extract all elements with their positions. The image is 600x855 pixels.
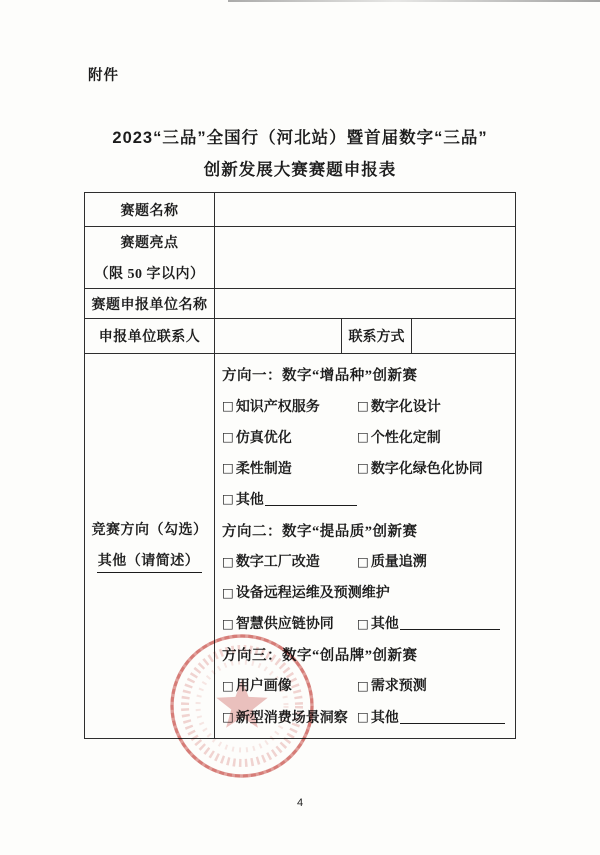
checkbox-icon[interactable]: □ xyxy=(222,585,234,600)
checkbox-option[interactable]: □个性化定制 xyxy=(357,427,441,447)
checkbox-option[interactable]: □数字工厂改造 xyxy=(222,551,357,571)
contact-method-input[interactable] xyxy=(411,319,515,353)
option-label: 知识产权服务 xyxy=(236,396,320,416)
checkbox-icon[interactable]: □ xyxy=(222,554,234,569)
checkbox-icon[interactable]: □ xyxy=(222,616,234,631)
row-directions: 竞赛方向（勾选） 其他（请简述） 方向一：数字“增品种”创新赛 □知识产权服务 … xyxy=(85,353,515,738)
checkbox-option[interactable]: □质量追溯 xyxy=(357,551,427,571)
checkbox-option-other[interactable]: □其他 xyxy=(222,489,357,509)
option-label: 数字工厂改造 xyxy=(236,551,320,571)
option-label: 设备远程运维及预测维护 xyxy=(236,582,390,602)
checkbox-option[interactable]: □数字化绿色化协同 xyxy=(357,458,483,478)
option-label: 其他 xyxy=(371,613,399,633)
contact-person-label: 申报单位联系人 xyxy=(85,319,214,353)
option-label: 用户画像 xyxy=(236,675,292,695)
direction-label: 竞赛方向（勾选） 其他（请简述） xyxy=(85,354,214,738)
application-form-table: 赛题名称 赛题亮点 （限 50 字以内） 赛题申报单位名称 申报单位联系人 联系… xyxy=(84,192,516,739)
checkbox-option[interactable]: □新型消费场景洞察 xyxy=(222,707,357,727)
option-label: 数字化绿色化协同 xyxy=(371,458,483,478)
checkbox-option[interactable]: □仿真优化 xyxy=(222,427,357,447)
row-highlights: 赛题亮点 （限 50 字以内） xyxy=(85,226,515,288)
direction-options-cell: 方向一：数字“增品种”创新赛 □知识产权服务 □数字化设计 □仿真优化 □个性化… xyxy=(214,354,515,738)
fill-in-blank[interactable] xyxy=(265,492,357,506)
checkbox-icon[interactable]: □ xyxy=(222,678,234,693)
checkbox-icon[interactable]: □ xyxy=(357,460,369,475)
option-row: □柔性制造 □数字化绿色化协同 xyxy=(222,452,509,483)
option-label: 其他 xyxy=(371,707,399,727)
option-row: □新型消费场景洞察 □其他 xyxy=(222,701,509,732)
option-label: 需求预测 xyxy=(371,675,427,695)
checkbox-option[interactable]: □知识产权服务 xyxy=(222,396,357,416)
document-title-line1: 2023“三品”全国行（河北站）暨首届数字“三品” xyxy=(0,124,600,148)
option-label: 新型消费场景洞察 xyxy=(236,707,348,727)
option-label: 数字化设计 xyxy=(371,396,441,416)
option-label: 智慧供应链协同 xyxy=(236,613,334,633)
checkbox-option[interactable]: □设备远程运维及预测维护 xyxy=(222,582,390,602)
option-label: 柔性制造 xyxy=(236,458,292,478)
checkbox-icon[interactable]: □ xyxy=(222,491,234,506)
checkbox-icon[interactable]: □ xyxy=(222,460,234,475)
direction-label-line1: 竞赛方向（勾选） xyxy=(92,519,208,539)
topic-name-input[interactable] xyxy=(214,193,515,226)
option-label: 其他 xyxy=(236,489,264,509)
direction-label-line2: 其他（请简述） xyxy=(97,550,203,573)
option-row: □知识产权服务 □数字化设计 xyxy=(222,390,509,421)
unit-name-input[interactable] xyxy=(214,289,515,318)
checkbox-icon[interactable]: □ xyxy=(357,554,369,569)
checkbox-option[interactable]: □柔性制造 xyxy=(222,458,357,478)
direction-3-heading: 方向三：数字“创品牌”创新赛 xyxy=(222,639,509,670)
unit-name-label: 赛题申报单位名称 xyxy=(85,289,214,318)
row-unit-name: 赛题申报单位名称 xyxy=(85,288,515,318)
checkbox-option[interactable]: □智慧供应链协同 xyxy=(222,613,357,633)
checkbox-option-other[interactable]: □其他 xyxy=(357,613,500,633)
checkbox-icon[interactable]: □ xyxy=(222,709,234,724)
attachment-label: 附件 xyxy=(88,64,119,85)
option-row: □其他 xyxy=(222,483,509,514)
row-topic-name: 赛题名称 xyxy=(85,193,515,226)
fill-in-blank[interactable] xyxy=(400,616,500,630)
contact-method-label: 联系方式 xyxy=(341,319,411,353)
checkbox-icon[interactable]: □ xyxy=(357,429,369,444)
option-row: □数字工厂改造 □质量追溯 xyxy=(222,546,509,577)
checkbox-icon[interactable]: □ xyxy=(357,678,369,693)
direction-2-heading: 方向二：数字“提品质”创新赛 xyxy=(222,514,509,545)
checkbox-icon[interactable]: □ xyxy=(222,398,234,413)
row-contact: 申报单位联系人 联系方式 xyxy=(85,318,515,353)
option-row: □智慧供应链协同 □其他 xyxy=(222,608,509,639)
checkbox-icon[interactable]: □ xyxy=(222,429,234,444)
checkbox-option-other[interactable]: □其他 xyxy=(357,707,505,727)
highlights-label: 赛题亮点 （限 50 字以内） xyxy=(85,227,214,288)
option-label: 个性化定制 xyxy=(371,427,441,447)
option-label: 仿真优化 xyxy=(236,427,292,447)
scanned-document-page: 附件 2023“三品”全国行（河北站）暨首届数字“三品” 创新发展大赛赛题申报表… xyxy=(0,0,600,855)
option-row: □用户画像 □需求预测 xyxy=(222,670,509,701)
checkbox-option[interactable]: □用户画像 xyxy=(222,675,357,695)
option-row: □设备远程运维及预测维护 xyxy=(222,577,509,608)
checkbox-icon[interactable]: □ xyxy=(357,709,369,724)
direction-1-heading: 方向一：数字“增品种”创新赛 xyxy=(222,359,509,390)
contact-person-input[interactable] xyxy=(214,319,341,353)
highlights-input[interactable] xyxy=(214,227,515,288)
checkbox-icon[interactable]: □ xyxy=(357,398,369,413)
checkbox-option[interactable]: □需求预测 xyxy=(357,675,427,695)
page-number: 4 xyxy=(0,797,600,809)
option-row: □仿真优化 □个性化定制 xyxy=(222,421,509,452)
option-label: 质量追溯 xyxy=(371,551,427,571)
fill-in-blank[interactable] xyxy=(400,710,505,724)
checkbox-option[interactable]: □数字化设计 xyxy=(357,396,441,416)
scan-artifact-line xyxy=(228,0,600,2)
highlights-label-line2: （限 50 字以内） xyxy=(95,263,205,283)
document-title-line2: 创新发展大赛赛题申报表 xyxy=(0,156,600,180)
highlights-label-line1: 赛题亮点 xyxy=(121,232,179,252)
topic-name-label: 赛题名称 xyxy=(85,193,214,226)
checkbox-icon[interactable]: □ xyxy=(357,616,369,631)
